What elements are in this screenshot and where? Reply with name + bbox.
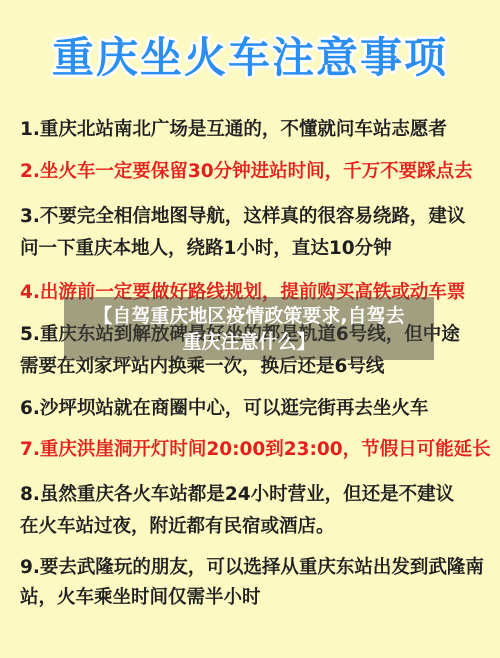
tip-9-line-1: 9.要去武隆玩的朋友，可以选择从重庆东站出发到武隆南 <box>20 556 490 580</box>
caption-overlay: 【自驾重庆地区疫情政策要求,自驾去 重庆注意什么】 <box>64 297 434 360</box>
tip-6: 6.沙坪坝站就在商圈中心，可以逛完街再去坐火车 <box>20 397 490 421</box>
tip-1: 1.重庆北站南北广场是互通的，不懂就问车站志愿者 <box>20 118 490 142</box>
tip-8-line-1: 8.虽然重庆各火车站都是24小时营业，但还是不建议 <box>20 483 490 507</box>
tip-3-line-1: 3.不要完全相信地图导航，这样真的很容易绕路，建议 <box>20 205 490 229</box>
tip-8-line-2: 在火车站过夜，附近都有民宿或酒店。 <box>20 515 490 539</box>
page-title: 重庆坐火车注意事项 <box>0 28 500 88</box>
tip-9-line-2: 站，火车乘坐时间仅需半小时 <box>20 586 490 610</box>
caption-line-1: 【自驾重庆地区疫情政策要求,自驾去 <box>93 303 404 329</box>
tip-7: 7.重庆洪崖洞开灯时间20:00到23:00，节假日可能延长 <box>20 438 490 462</box>
caption-line-2: 重庆注意什么】 <box>182 329 315 355</box>
tip-3-line-2: 问一下重庆本地人，绕路1小时，直达10分钟 <box>20 237 490 261</box>
tip-2: 2.坐火车一定要保留30分钟进站时间，千万不要踩点去 <box>20 160 490 184</box>
